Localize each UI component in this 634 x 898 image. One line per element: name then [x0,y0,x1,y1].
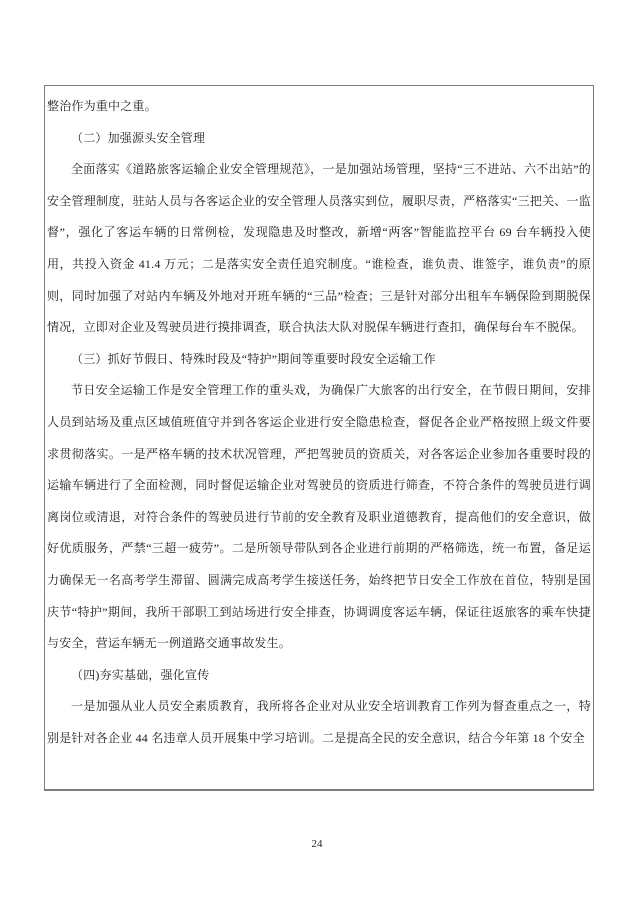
paragraph: （三）抓好节假日、特殊时段及“特护”期间等重要时段安全运输工作 [47,344,591,376]
paragraph: 整治作为重中之重。 [47,91,591,123]
document-text-cell: 整治作为重中之重。（二）加强源头安全管理全面落实《道路旅客运输企业安全管理规范》… [44,85,594,791]
page-number: 24 [0,838,634,850]
paragraph: 节日安全运输工作是安全管理工作的重头戏，为确保广大旅客的出行安全，在节假日期间，… [47,375,591,659]
paragraph: 一是加强从业人员安全素质教育，我所将各企业对从业安全培训教育工作列为督查重点之一… [47,691,591,754]
paragraph: 全面落实《道路旅客运输企业安全管理规范》，一是加强站场管理，坚持“三不进站、六不… [47,154,591,344]
paragraph: （二）加强源头安全管理 [47,123,591,155]
document-page: 整治作为重中之重。（二）加强源头安全管理全面落实《道路旅客运输企业安全管理规范》… [0,0,634,898]
paragraph: （四)夯实基础，强化宣传 [47,660,591,692]
